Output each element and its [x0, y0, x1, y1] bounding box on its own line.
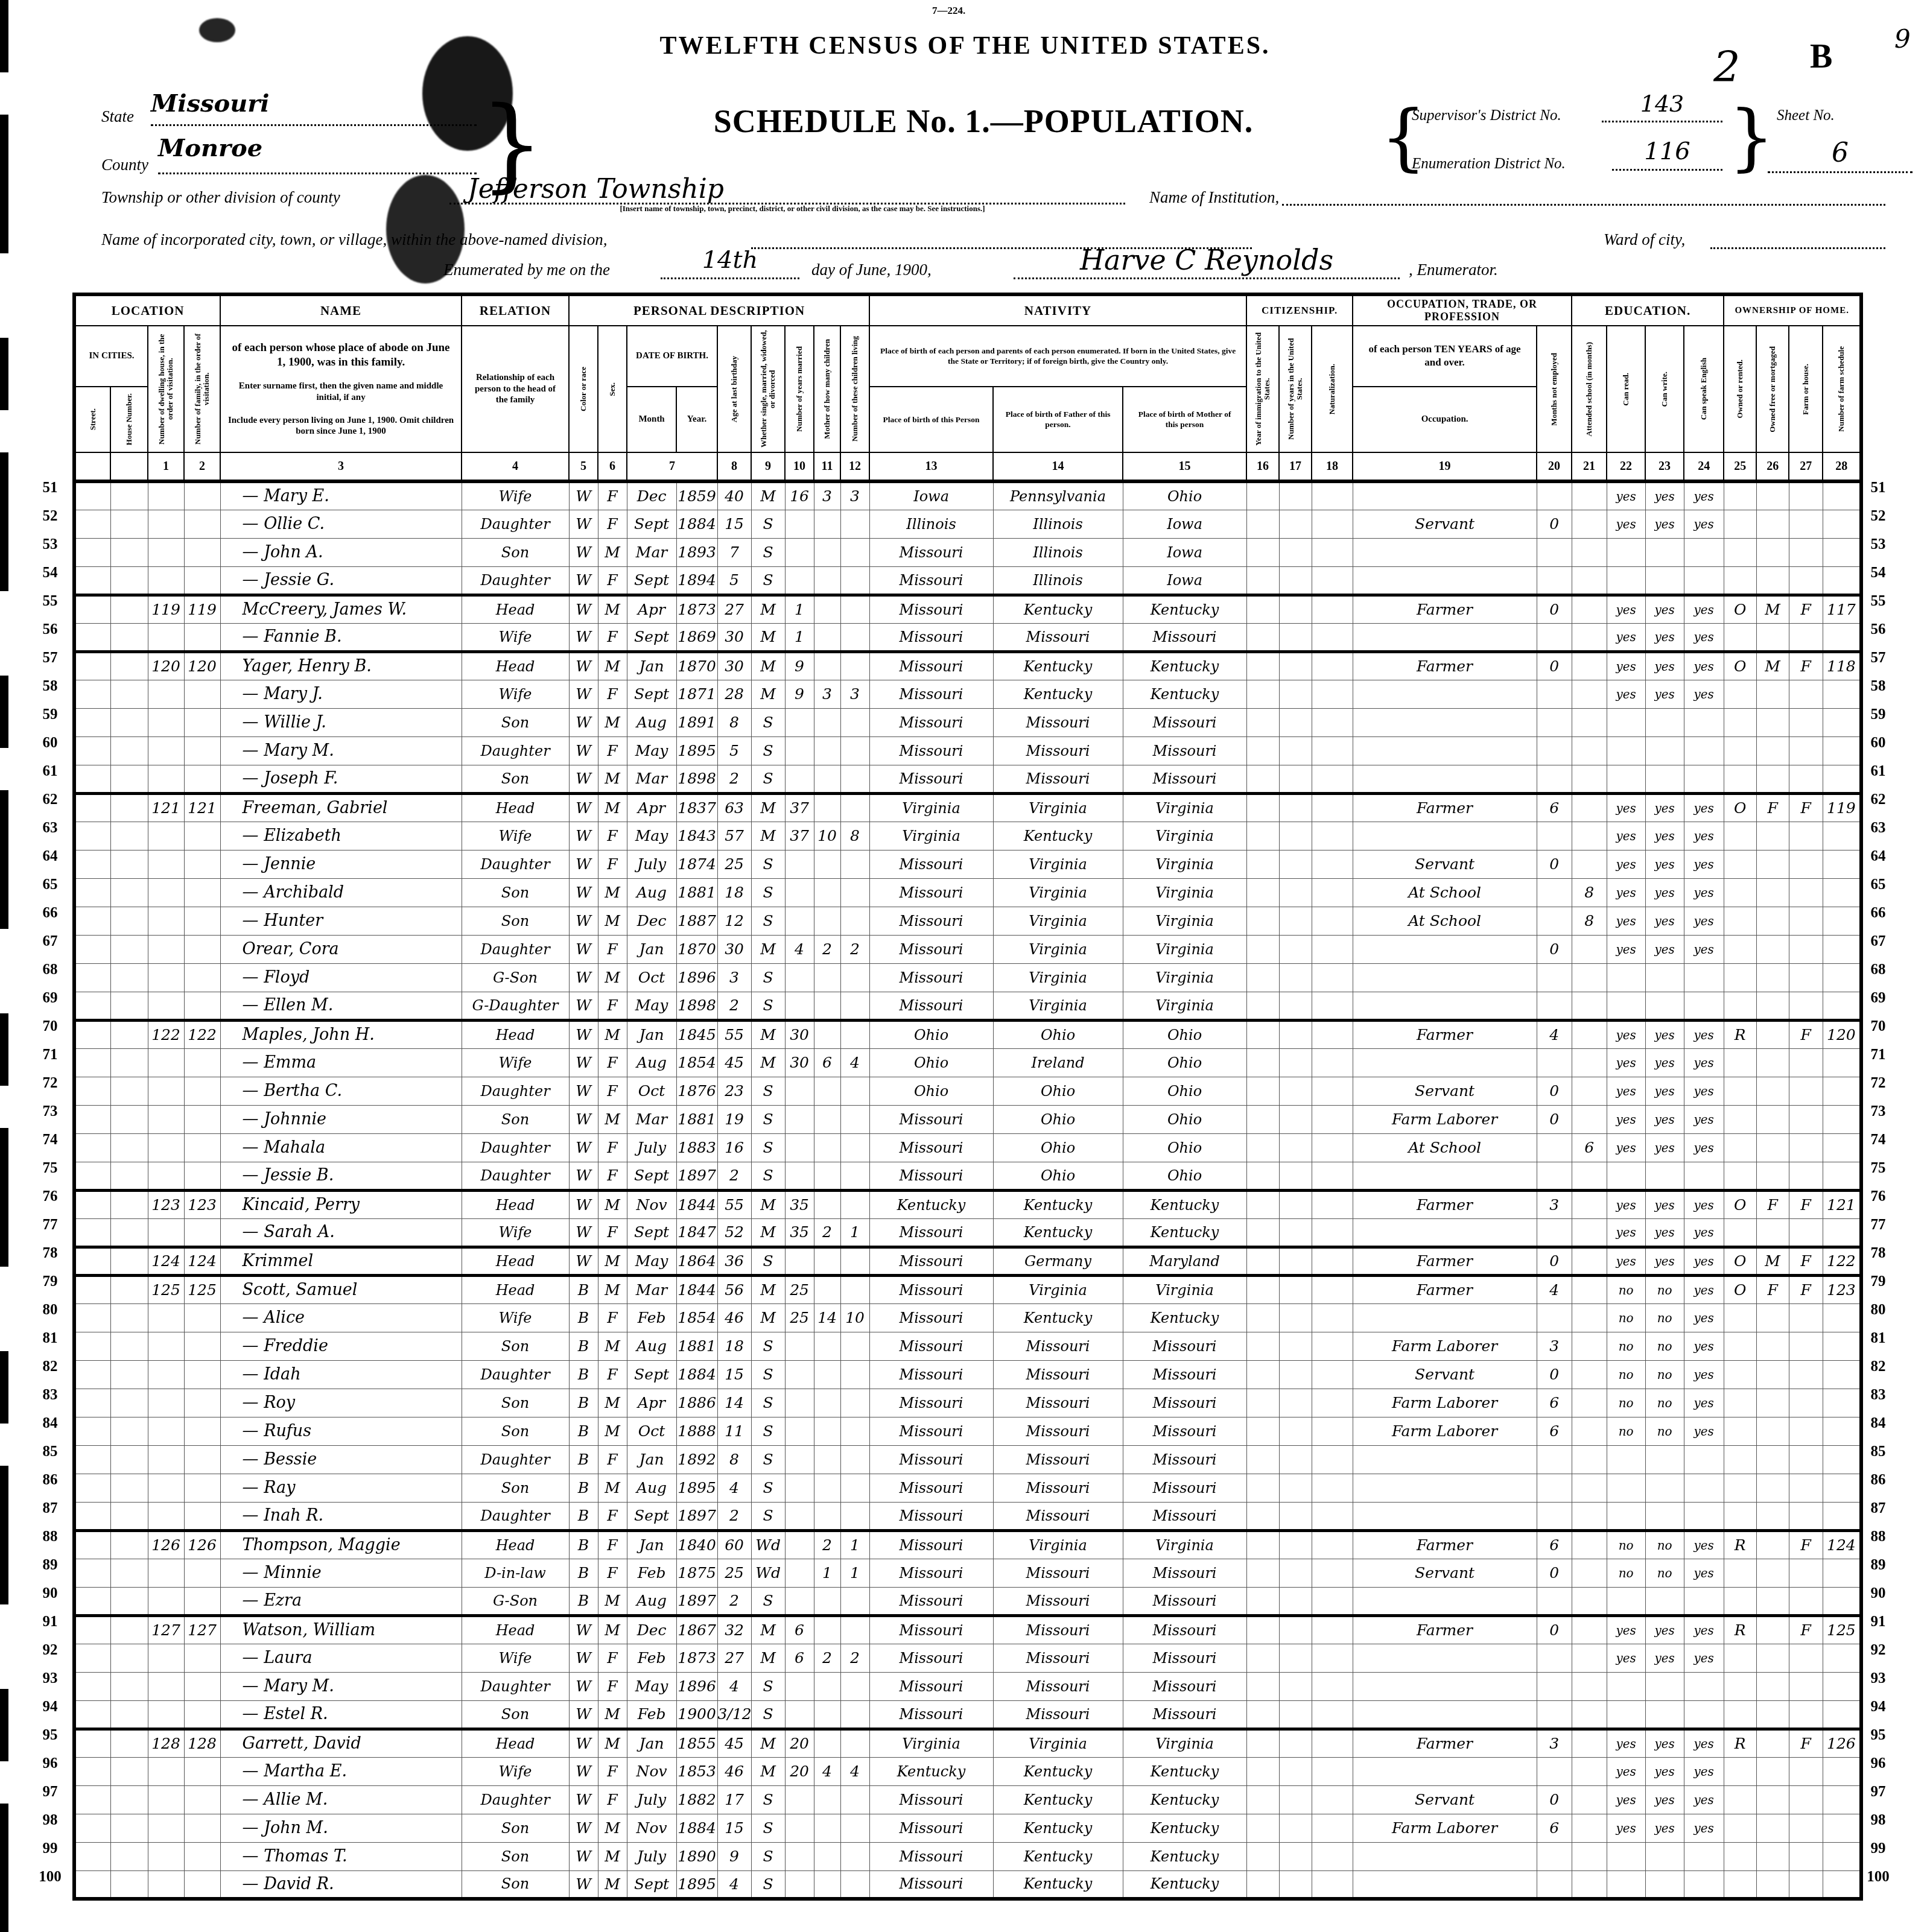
cell-dw: [148, 1785, 184, 1814]
cell-fh: [1789, 1672, 1823, 1700]
cell-ms: M: [751, 1615, 785, 1644]
cell-cl: 1: [840, 1559, 869, 1587]
line-number: 84: [35, 1415, 65, 1432]
cell-age: 15: [717, 1360, 751, 1389]
cell-en: yes: [1684, 1105, 1724, 1133]
cell-by: 1883: [676, 1133, 717, 1162]
cell-house: [110, 822, 148, 850]
cell-house: [110, 1757, 148, 1785]
cell-fs: [1823, 1842, 1861, 1870]
cell-bm: Jan: [627, 1530, 676, 1559]
cell-fm: [184, 1360, 220, 1389]
line-number: 82: [1863, 1358, 1893, 1375]
cell-ym: [785, 1474, 814, 1502]
cell-occ: [1353, 963, 1537, 992]
cell-fm: [184, 1303, 220, 1332]
table-row: — JohnnieSonWMMar188119SMissouriOhioOhio…: [74, 1105, 1861, 1133]
cell-ms: S: [751, 1502, 785, 1530]
cell-mc: [814, 736, 840, 765]
cell-house: [110, 1559, 148, 1587]
cell-nat: [1312, 822, 1353, 850]
cell-fre: [1756, 1729, 1789, 1757]
cell-street: [74, 1644, 110, 1672]
cell-by: 1876: [676, 1077, 717, 1105]
cell-own: [1724, 1360, 1756, 1389]
cell-en: yes: [1684, 1275, 1724, 1303]
cell-sch: [1572, 1020, 1607, 1048]
cell-rel: Wife: [462, 481, 569, 510]
cell-sch: [1572, 680, 1607, 708]
cell-yu: [1279, 1417, 1312, 1445]
line-number: 81: [35, 1330, 65, 1347]
cell-s: F: [598, 1644, 627, 1672]
cell-yu: [1279, 1729, 1312, 1757]
cell-fre: [1756, 1162, 1789, 1190]
cell-s: F: [598, 1757, 627, 1785]
cell-pb: Missouri: [869, 1700, 993, 1729]
cell-pm: Ohio: [1123, 1133, 1246, 1162]
cell-bm: Jan: [627, 1729, 676, 1757]
table-row: — Bertha C.DaughterWFOct187623SOhioOhioO…: [74, 1077, 1861, 1105]
cell-ym: [785, 1530, 814, 1559]
cell-sch: [1572, 1105, 1607, 1133]
cell-by: 1847: [676, 1218, 717, 1247]
cell-fs: [1823, 1218, 1861, 1247]
cell-rd: yes: [1607, 651, 1645, 680]
cell-c: W: [569, 935, 598, 963]
cell-cl: [840, 651, 869, 680]
table-row: 121121Freeman, GabrielHeadWMApr183763M37…: [74, 793, 1861, 822]
table-row: — Mary E.WifeWFDec185940M1633IowaPennsyl…: [74, 481, 1861, 510]
line-number: 92: [35, 1642, 65, 1659]
cell-mc: [814, 765, 840, 793]
cell-rel: Daughter: [462, 1360, 569, 1389]
cell-c: W: [569, 481, 598, 510]
cell-occ: Servant: [1353, 850, 1537, 878]
cell-rel: Head: [462, 1729, 569, 1757]
cell-name: Thompson, Maggie: [220, 1530, 462, 1559]
cell-rd: yes: [1607, 1218, 1645, 1247]
cell-en: yes: [1684, 907, 1724, 935]
col-dwelling: Number of dwelling house, in the order o…: [157, 326, 175, 452]
cell-nat: [1312, 878, 1353, 907]
cell-ms: S: [751, 736, 785, 765]
cell-fre: [1756, 1502, 1789, 1530]
cell-pf: Missouri: [993, 1389, 1123, 1417]
cell-mne: [1537, 538, 1572, 566]
cell-rd: no: [1607, 1275, 1645, 1303]
cell-street: [74, 736, 110, 765]
line-number: 67: [35, 933, 65, 950]
cell-name: — Estel R.: [220, 1700, 462, 1729]
cell-wr: yes: [1645, 907, 1684, 935]
cell-nat: [1312, 1332, 1353, 1360]
cell-dw: [148, 1417, 184, 1445]
cell-en: yes: [1684, 1417, 1724, 1445]
cell-ms: S: [751, 1417, 785, 1445]
cell-nat: [1312, 1672, 1353, 1700]
cell-c: W: [569, 651, 598, 680]
city-label: Name of incorporated city, town, or vill…: [101, 230, 607, 249]
cell-dw: [148, 680, 184, 708]
cell-pf: Pennsylvania: [993, 481, 1123, 510]
line-number: 52: [35, 508, 65, 525]
cell-pf: Illinois: [993, 566, 1123, 595]
cell-house: [110, 1502, 148, 1530]
cell-house: [110, 708, 148, 736]
table-row: — David R.SonWMSept18954SMissouriKentuck…: [74, 1870, 1861, 1899]
cell-pf: Missouri: [993, 736, 1123, 765]
cell-wr: [1645, 992, 1684, 1020]
table-row: — Mary M.DaughterWFMay18964SMissouriMiss…: [74, 1672, 1861, 1700]
cell-by: 1887: [676, 907, 717, 935]
cell-house: [110, 538, 148, 566]
line-number: 80: [1863, 1302, 1893, 1319]
cell-rd: yes: [1607, 907, 1645, 935]
cell-ym: 4: [785, 935, 814, 963]
cell-own: [1724, 1048, 1756, 1077]
column-number: 28: [1823, 452, 1861, 481]
cell-pb: Kentucky: [869, 1757, 993, 1785]
group-relation: RELATION: [462, 294, 569, 326]
cell-bm: Aug: [627, 1587, 676, 1615]
cell-im: [1246, 1502, 1279, 1530]
cell-sch: [1572, 623, 1607, 651]
cell-street: [74, 1162, 110, 1190]
cell-yu: [1279, 963, 1312, 992]
cell-fs: [1823, 1502, 1861, 1530]
cell-nat: [1312, 1389, 1353, 1417]
cell-name: — Willie J.: [220, 708, 462, 736]
cell-own: [1724, 1587, 1756, 1615]
cell-pf: Ohio: [993, 1020, 1123, 1048]
line-number: 96: [1863, 1755, 1893, 1772]
cell-house: [110, 1587, 148, 1615]
cell-yu: [1279, 1672, 1312, 1700]
cell-en: [1684, 1445, 1724, 1474]
cell-own: R: [1724, 1020, 1756, 1048]
cell-wr: [1645, 538, 1684, 566]
cell-bm: Feb: [627, 1559, 676, 1587]
cell-ms: M: [751, 1275, 785, 1303]
cell-en: yes: [1684, 1757, 1724, 1785]
cell-fh: F: [1789, 1729, 1823, 1757]
cell-en: yes: [1684, 935, 1724, 963]
cell-im: [1246, 1672, 1279, 1700]
cell-own: R: [1724, 1530, 1756, 1559]
cell-fre: [1756, 1303, 1789, 1332]
cell-fs: 124: [1823, 1530, 1861, 1559]
cell-en: yes: [1684, 1360, 1724, 1389]
cell-pf: Ohio: [993, 1162, 1123, 1190]
cell-mne: 6: [1537, 1814, 1572, 1842]
cell-own: [1724, 1814, 1756, 1842]
cell-fm: [184, 1587, 220, 1615]
col-years-married: Number of years married: [795, 344, 804, 434]
cell-ms: S: [751, 1870, 785, 1899]
line-number: 51: [35, 480, 65, 496]
cell-s: M: [598, 1729, 627, 1757]
col-can-write: Can write.: [1660, 369, 1669, 410]
cell-sch: [1572, 1275, 1607, 1303]
cell-fm: [184, 1559, 220, 1587]
cell-pm: Missouri: [1123, 1587, 1246, 1615]
cell-mc: [814, 1672, 840, 1700]
cell-s: M: [598, 1190, 627, 1218]
cell-wr: yes: [1645, 595, 1684, 623]
cell-nat: [1312, 1048, 1353, 1077]
cell-mne: [1537, 822, 1572, 850]
table-row: — RufusSonBMOct188811SMissouriMissouriMi…: [74, 1417, 1861, 1445]
cell-cl: [840, 1672, 869, 1700]
cell-pb: Missouri: [869, 1133, 993, 1162]
cell-house: [110, 1530, 148, 1559]
cell-en: yes: [1684, 822, 1724, 850]
cell-ms: M: [751, 1757, 785, 1785]
group-education: EDUCATION.: [1572, 294, 1724, 326]
cell-im: [1246, 1218, 1279, 1247]
cell-age: 7: [717, 538, 751, 566]
column-number: 22: [1607, 452, 1645, 481]
cell-pm: Missouri: [1123, 1700, 1246, 1729]
cell-dw: 128: [148, 1729, 184, 1757]
cell-pb: Virginia: [869, 793, 993, 822]
cell-pb: Ohio: [869, 1020, 993, 1048]
cell-name: — Jessie G.: [220, 566, 462, 595]
cell-fre: [1756, 510, 1789, 538]
cell-yu: [1279, 1615, 1312, 1644]
cell-house: [110, 1020, 148, 1048]
cell-yu: [1279, 595, 1312, 623]
cell-s: M: [598, 1474, 627, 1502]
cell-sch: 8: [1572, 907, 1607, 935]
cell-mne: 6: [1537, 793, 1572, 822]
column-number: 13: [869, 452, 993, 481]
cell-cl: [840, 1247, 869, 1275]
cell-mc: [814, 1077, 840, 1105]
cell-sch: [1572, 1530, 1607, 1559]
group-personal: PERSONAL DESCRIPTION: [569, 294, 869, 326]
cell-pm: Kentucky: [1123, 1842, 1246, 1870]
column-number: 12: [840, 452, 869, 481]
col-months-not-employed: Months not employed: [1550, 350, 1558, 428]
cell-age: 27: [717, 1644, 751, 1672]
cell-house: [110, 1672, 148, 1700]
cell-nat: [1312, 1445, 1353, 1474]
cell-bm: Aug: [627, 1332, 676, 1360]
cell-street: [74, 651, 110, 680]
cell-occ: Farmer: [1353, 1615, 1537, 1644]
cell-mc: [814, 1133, 840, 1162]
cell-pm: Missouri: [1123, 1417, 1246, 1445]
cell-cl: 3: [840, 680, 869, 708]
cell-rd: no: [1607, 1360, 1645, 1389]
cell-fm: 127: [184, 1615, 220, 1644]
cell-ym: [785, 850, 814, 878]
cell-age: 2: [717, 1502, 751, 1530]
cell-ms: S: [751, 1672, 785, 1700]
cell-rel: Son: [462, 1700, 569, 1729]
line-number: 78: [35, 1245, 65, 1262]
cell-yu: [1279, 623, 1312, 651]
line-number: 96: [35, 1755, 65, 1772]
cell-age: 19: [717, 1105, 751, 1133]
cell-mne: [1537, 481, 1572, 510]
cell-sch: [1572, 935, 1607, 963]
cell-name: — Alice: [220, 1303, 462, 1332]
cell-mc: 3: [814, 481, 840, 510]
cell-dw: 121: [148, 793, 184, 822]
cell-by: 1898: [676, 992, 717, 1020]
cell-mne: [1537, 1870, 1572, 1899]
cell-ms: Wd: [751, 1559, 785, 1587]
cell-age: 45: [717, 1048, 751, 1077]
cell-wr: [1645, 1445, 1684, 1474]
cell-street: [74, 1785, 110, 1814]
cell-sch: [1572, 1842, 1607, 1870]
cell-fs: 119: [1823, 793, 1861, 822]
cell-pf: Ireland: [993, 1048, 1123, 1077]
cell-name: — David R.: [220, 1870, 462, 1899]
cell-bm: Jan: [627, 935, 676, 963]
cell-name: — Laura: [220, 1644, 462, 1672]
cell-dw: [148, 1360, 184, 1389]
cell-sch: [1572, 736, 1607, 765]
nativity-note: Place of birth of each person and parent…: [869, 326, 1246, 387]
table-row: — Joseph F.SonWMMar18982SMissouriMissour…: [74, 765, 1861, 793]
cell-by: 1897: [676, 1502, 717, 1530]
cell-name: — John A.: [220, 538, 462, 566]
cell-bm: May: [627, 822, 676, 850]
cell-mne: 4: [1537, 1275, 1572, 1303]
cell-wr: [1645, 1162, 1684, 1190]
cell-yu: [1279, 1757, 1312, 1785]
cell-fs: 121: [1823, 1190, 1861, 1218]
cell-street: [74, 1615, 110, 1644]
table-header: LOCATION NAME RELATION PERSONAL DESCRIPT…: [74, 294, 1861, 481]
cell-house: [110, 1162, 148, 1190]
cell-rd: [1607, 992, 1645, 1020]
cell-bm: Feb: [627, 1644, 676, 1672]
cell-by: 1895: [676, 1474, 717, 1502]
cell-mc: 2: [814, 935, 840, 963]
cell-s: M: [598, 878, 627, 907]
line-number: 73: [1863, 1103, 1893, 1120]
cell-dw: [148, 1474, 184, 1502]
cell-im: [1246, 992, 1279, 1020]
cell-sch: [1572, 651, 1607, 680]
cell-pf: Kentucky: [993, 1218, 1123, 1247]
cell-own: [1724, 907, 1756, 935]
cell-fs: [1823, 963, 1861, 992]
cell-fh: [1789, 1077, 1823, 1105]
col-in-cities: IN CITIES.: [74, 326, 148, 387]
cell-s: M: [598, 708, 627, 736]
cell-rd: yes: [1607, 1247, 1645, 1275]
cell-en: [1684, 736, 1724, 765]
cell-fre: [1756, 907, 1789, 935]
cell-occ: [1353, 1502, 1537, 1530]
cell-cl: [840, 1105, 869, 1133]
cell-en: [1684, 538, 1724, 566]
cell-mne: 4: [1537, 1020, 1572, 1048]
cell-en: [1684, 708, 1724, 736]
cell-name: Garrett, David: [220, 1729, 462, 1757]
cell-dw: [148, 623, 184, 651]
cell-en: yes: [1684, 1389, 1724, 1417]
cell-rd: [1607, 1870, 1645, 1899]
cell-c: W: [569, 878, 598, 907]
table-row: — Sarah A.WifeWFSept184752M3521MissouriK…: [74, 1218, 1861, 1247]
cell-c: W: [569, 510, 598, 538]
cell-pf: Virginia: [993, 1530, 1123, 1559]
cell-sch: [1572, 1445, 1607, 1474]
table-row: — John A.SonWMMar18937SMissouriIllinoisI…: [74, 538, 1861, 566]
line-number: 86: [35, 1472, 65, 1489]
cell-mne: [1537, 1644, 1572, 1672]
cell-yu: [1279, 878, 1312, 907]
cell-by: 1900: [676, 1700, 717, 1729]
cell-bm: Sept: [627, 1502, 676, 1530]
cell-ym: [785, 538, 814, 566]
cell-bm: May: [627, 1247, 676, 1275]
cell-mne: 3: [1537, 1332, 1572, 1360]
cell-rd: yes: [1607, 1105, 1645, 1133]
cell-s: F: [598, 1530, 627, 1559]
col-can-read: Can read.: [1622, 370, 1630, 408]
table-row: — Allie M.DaughterWFJuly188217SMissouriK…: [74, 1785, 1861, 1814]
cell-wr: yes: [1645, 1218, 1684, 1247]
cell-im: [1246, 1190, 1279, 1218]
cell-cl: 2: [840, 935, 869, 963]
cell-pm: Kentucky: [1123, 1190, 1246, 1218]
cell-by: 1881: [676, 878, 717, 907]
cell-im: [1246, 1785, 1279, 1814]
cell-fm: 126: [184, 1530, 220, 1559]
cell-c: W: [569, 963, 598, 992]
col-street: Street.: [89, 406, 97, 432]
col-pob-father: Place of birth of Father of this person.: [993, 387, 1123, 452]
cell-by: 1871: [676, 680, 717, 708]
table-row: — Thomas T.SonWMJuly18909SMissouriKentuc…: [74, 1842, 1861, 1870]
cell-fm: [184, 1077, 220, 1105]
cell-name: Krimmel: [220, 1247, 462, 1275]
cell-bm: Sept: [627, 510, 676, 538]
cell-rel: Wife: [462, 822, 569, 850]
cell-fs: 117: [1823, 595, 1861, 623]
column-number: 6: [598, 452, 627, 481]
line-number: 72: [35, 1075, 65, 1092]
cell-pm: Missouri: [1123, 1644, 1246, 1672]
table-row: — MahalaDaughterWFJuly188316SMissouriOhi…: [74, 1133, 1861, 1162]
cell-fre: [1756, 736, 1789, 765]
cell-wr: yes: [1645, 1190, 1684, 1218]
cell-nat: [1312, 1360, 1353, 1389]
cell-fre: [1756, 935, 1789, 963]
cell-fm: [184, 1048, 220, 1077]
cell-fs: 125: [1823, 1615, 1861, 1644]
cell-bm: Apr: [627, 595, 676, 623]
cell-en: yes: [1684, 1729, 1724, 1757]
cell-s: M: [598, 1700, 627, 1729]
cell-im: [1246, 1162, 1279, 1190]
col-marital: Whether single, married, widowed, or div…: [760, 326, 777, 452]
cell-bm: Mar: [627, 765, 676, 793]
cell-s: F: [598, 1218, 627, 1247]
cell-occ: [1353, 765, 1537, 793]
cell-age: 12: [717, 907, 751, 935]
cell-occ: [1353, 822, 1537, 850]
